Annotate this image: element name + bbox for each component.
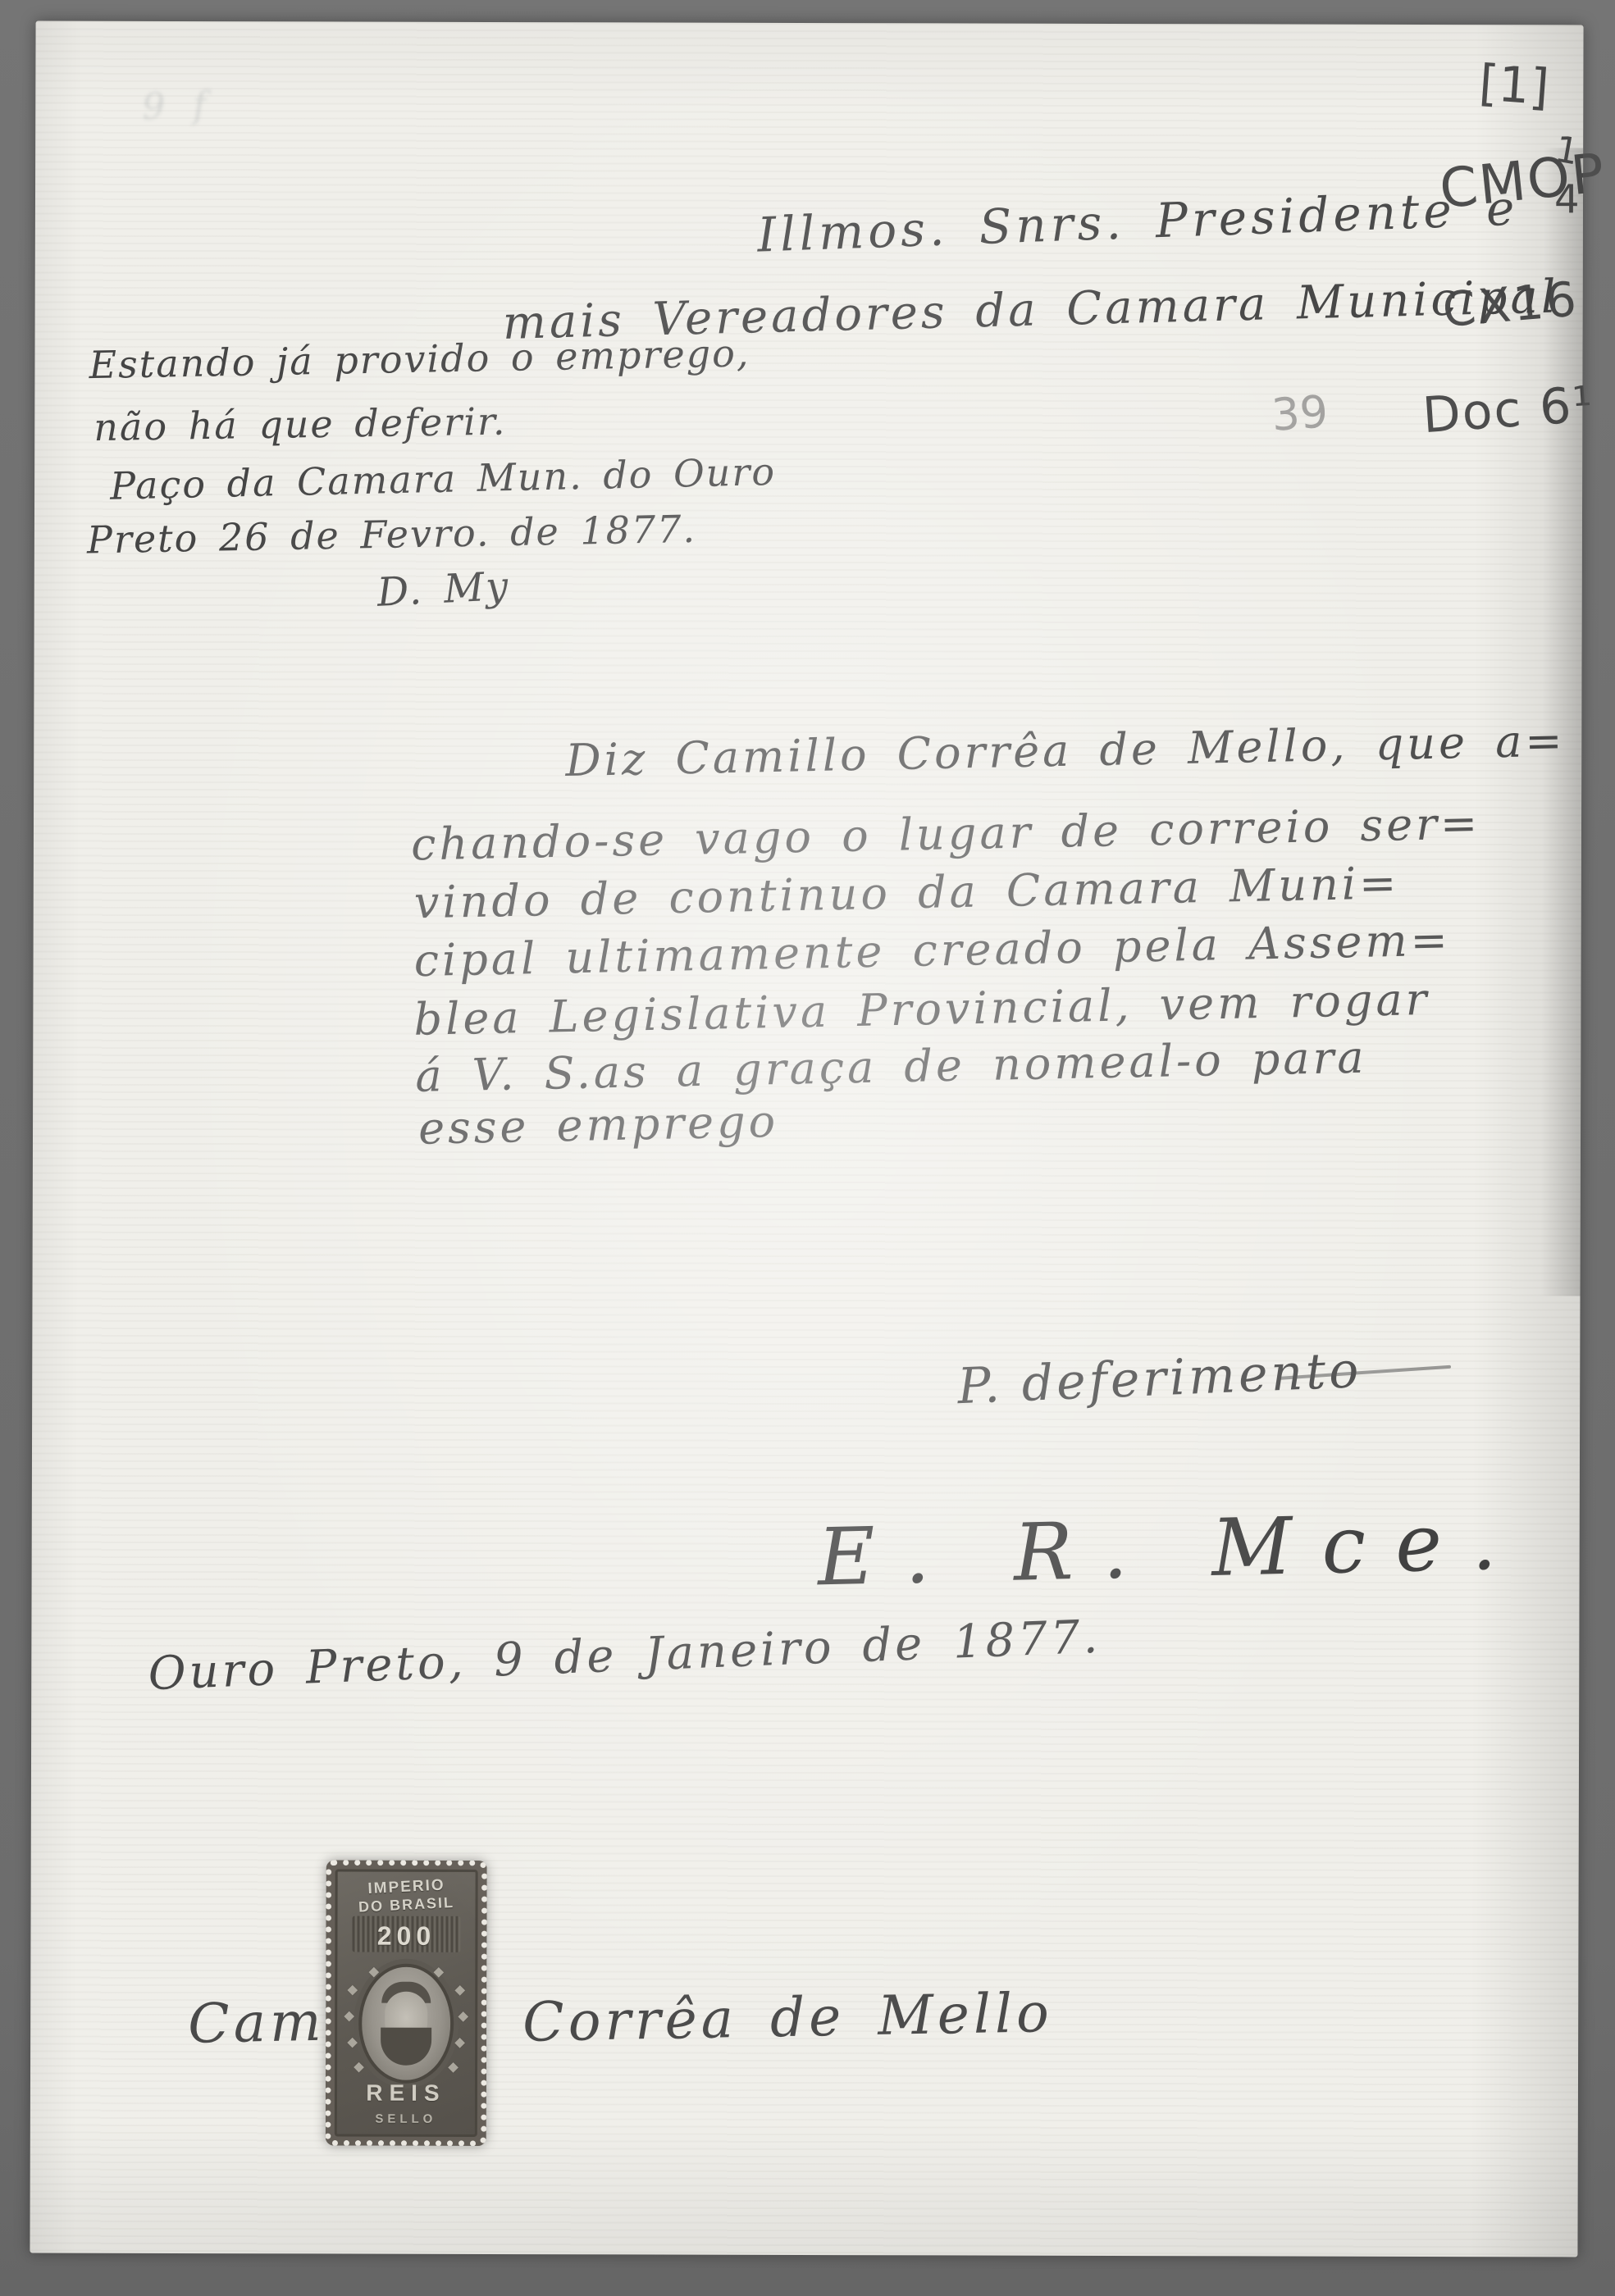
scanned-document: 9 f [1] CMOP 1 4 CX16 Doc 6¹ 39 Illmos. … xyxy=(0,0,1615,2296)
stamp-value: 200 xyxy=(337,1921,475,1952)
closing-dateline: Ouro Preto, 9 de Janeiro de 1877. xyxy=(148,1615,1102,1698)
despacho-line2: não há que deferir. xyxy=(94,403,507,446)
stamp-currency: REIS xyxy=(337,2080,475,2107)
revenue-stamp: IMPERIO DO BRASIL 200 REIS xyxy=(326,1860,487,2146)
archive-doc-code: Doc 6¹ xyxy=(1421,380,1596,440)
stamp-star-ornament xyxy=(454,1985,465,1996)
ink-showthrough-mark: 9 f xyxy=(141,84,215,129)
despacho-line1: Estando já provido o emprego, xyxy=(89,334,750,384)
petition-line3: vindo de continuo da Camara Muni= xyxy=(413,861,1399,925)
closing-formula: E. R. Mce. xyxy=(817,1501,1527,1597)
paper-sheet: 9 f [1] CMOP 1 4 CX16 Doc 6¹ 39 Illmos. … xyxy=(30,21,1583,2257)
petition-line6: á V. S.as a graça de nomeal-o para xyxy=(415,1036,1367,1099)
despacho-line4: Preto 26 de Fevro. de 1877. xyxy=(87,510,697,559)
closing-request: P. deferimento xyxy=(956,1346,1362,1411)
portrait-beard xyxy=(381,2028,431,2066)
stamp-star-ornament xyxy=(454,2038,465,2048)
stamp-star-ornament xyxy=(347,1985,358,1996)
address-header-line1: Illmos. Snrs. Presidente e xyxy=(756,184,1519,258)
petition-line2: chando-se vago o lugar de correio ser= xyxy=(411,801,1481,867)
revenue-stamp-frame: IMPERIO DO BRASIL 200 REIS xyxy=(335,1869,478,2136)
petition-line7: esse emprego xyxy=(418,1100,779,1151)
despacho-initials: D. My xyxy=(376,567,511,613)
archive-fund-fraction-denominator: 4 xyxy=(1554,176,1580,222)
emperor-portrait-oval xyxy=(358,1964,454,2084)
signature-part2: Corrêa de Mello xyxy=(522,1986,1054,2050)
signature-part1: Cam xyxy=(188,1995,326,2052)
archive-bracket-number: [1] xyxy=(1477,58,1550,112)
archive-fund-fraction-numerator: 1 xyxy=(1552,128,1582,173)
stamp-footer: SELLO xyxy=(337,2112,475,2126)
stamp-star-ornament xyxy=(448,2062,458,2073)
stamp-star-ornament xyxy=(458,2011,468,2022)
stamp-star-ornament xyxy=(344,2011,354,2022)
archive-pencil-number: 39 xyxy=(1271,389,1330,437)
petition-line1: Diz Camillo Corrêa de Mello, que a= xyxy=(565,719,1566,783)
stamp-star-ornament xyxy=(354,2062,364,2073)
despacho-line3: Paço da Camara Mun. do Ouro xyxy=(110,453,777,505)
petition-line4: cipal ultimamente creado pela Assem= xyxy=(413,918,1451,983)
stamp-star-ornament xyxy=(347,2038,358,2048)
archive-fund-fraction: 1 4 xyxy=(1554,130,1580,222)
